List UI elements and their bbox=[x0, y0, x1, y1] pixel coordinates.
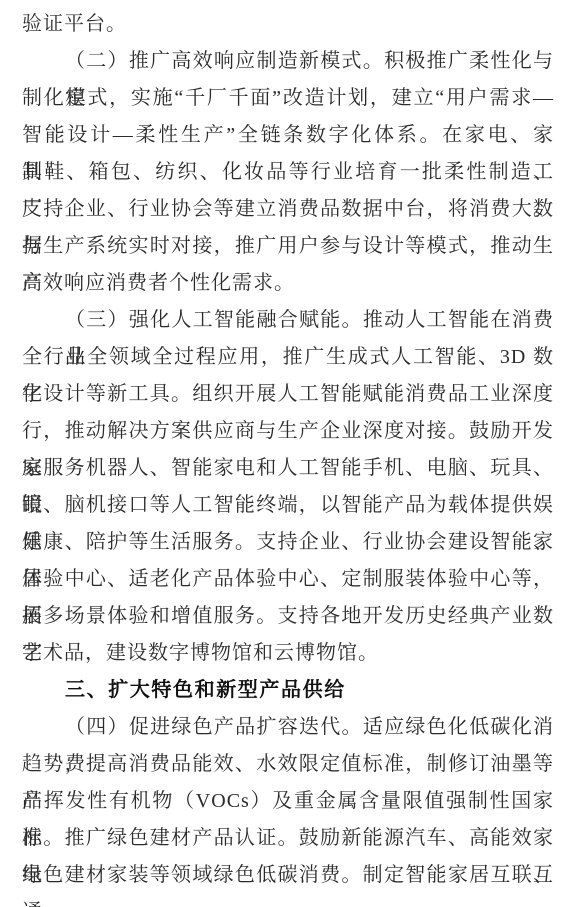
text-line: 体验中心、适老化产品体验中心、定制服装体验中心等，拓 bbox=[22, 561, 554, 598]
text-line: （四）促进绿色产品扩容迭代。适应绿色化低碳化消费 bbox=[22, 709, 554, 746]
text-line: 庭服务机器人、智能家电和人工智能手机、电脑、玩具、眼 bbox=[22, 450, 554, 487]
text-line: 验证平台。 bbox=[22, 6, 554, 43]
text-line: 与生产系统实时对接，推广用户参与设计等模式，推动生产 bbox=[22, 228, 554, 265]
text-line: 绿色建材家装等领域绿色低碳消费。制定智能家居互联互通 bbox=[22, 857, 554, 894]
text-line: 趋势，提高消费品能效、水效限定值标准，制修订油墨等产 bbox=[22, 746, 554, 783]
text-line: 行，推动解决方案供应商与生产企业深度对接。鼓励开发家 bbox=[22, 413, 554, 450]
text-line: 准。推广绿色建材产品认证。鼓励新能源汽车、高能效家电、 bbox=[22, 820, 554, 857]
text-line: 品挥发性有机物（VOCs）及重金属含量限值强制性国家标 bbox=[22, 783, 554, 820]
text-line: 高效响应消费者个性化需求。 bbox=[22, 265, 554, 302]
text-line: 制化模式，实施“千厂千面”改造计划，建立“用户需求— bbox=[22, 80, 554, 117]
text-line: 全行业全领域全过程应用，推广生成式人工智能、3D 数字 bbox=[22, 339, 554, 376]
text-line: 镜、脑机接口等人工智能终端，以智能产品为载体提供娱乐、 bbox=[22, 487, 554, 524]
text-line: 支持企业、行业协会等建立消费品数据中台，将消费大数据 bbox=[22, 191, 554, 228]
text-line: 展多场景体验和增值服务。支持各地开发历史经典产业数字 bbox=[22, 598, 554, 635]
text-line: 制鞋、箱包、纺织、化妆品等行业培育一批柔性制造工厂。 bbox=[22, 154, 554, 191]
section-heading: 三、扩大特色和新型产品供给 bbox=[22, 672, 554, 709]
text-line: 化设计等新工具。组织开展人工智能赋能消费品工业深度 bbox=[22, 376, 554, 413]
text-line: 健康、陪护等生活服务。支持企业、行业协会建设智能家居 bbox=[22, 524, 554, 561]
document-page: 验证平台。（二）推广高效响应制造新模式。积极推广柔性化与定制化模式，实施“千厂千… bbox=[0, 0, 576, 907]
text-line: 艺术品，建设数字博物馆和云博物馆。 bbox=[22, 635, 554, 672]
text-line: 智能设计—柔性生产”全链条数字化体系。在家电、家具、 bbox=[22, 117, 554, 154]
text-line: （三）强化人工智能融合赋能。推动人工智能在消费品 bbox=[22, 302, 554, 339]
document-text: 验证平台。（二）推广高效响应制造新模式。积极推广柔性化与定制化模式，实施“千厂千… bbox=[22, 6, 554, 894]
text-line: （二）推广高效响应制造新模式。积极推广柔性化与定 bbox=[22, 43, 554, 80]
